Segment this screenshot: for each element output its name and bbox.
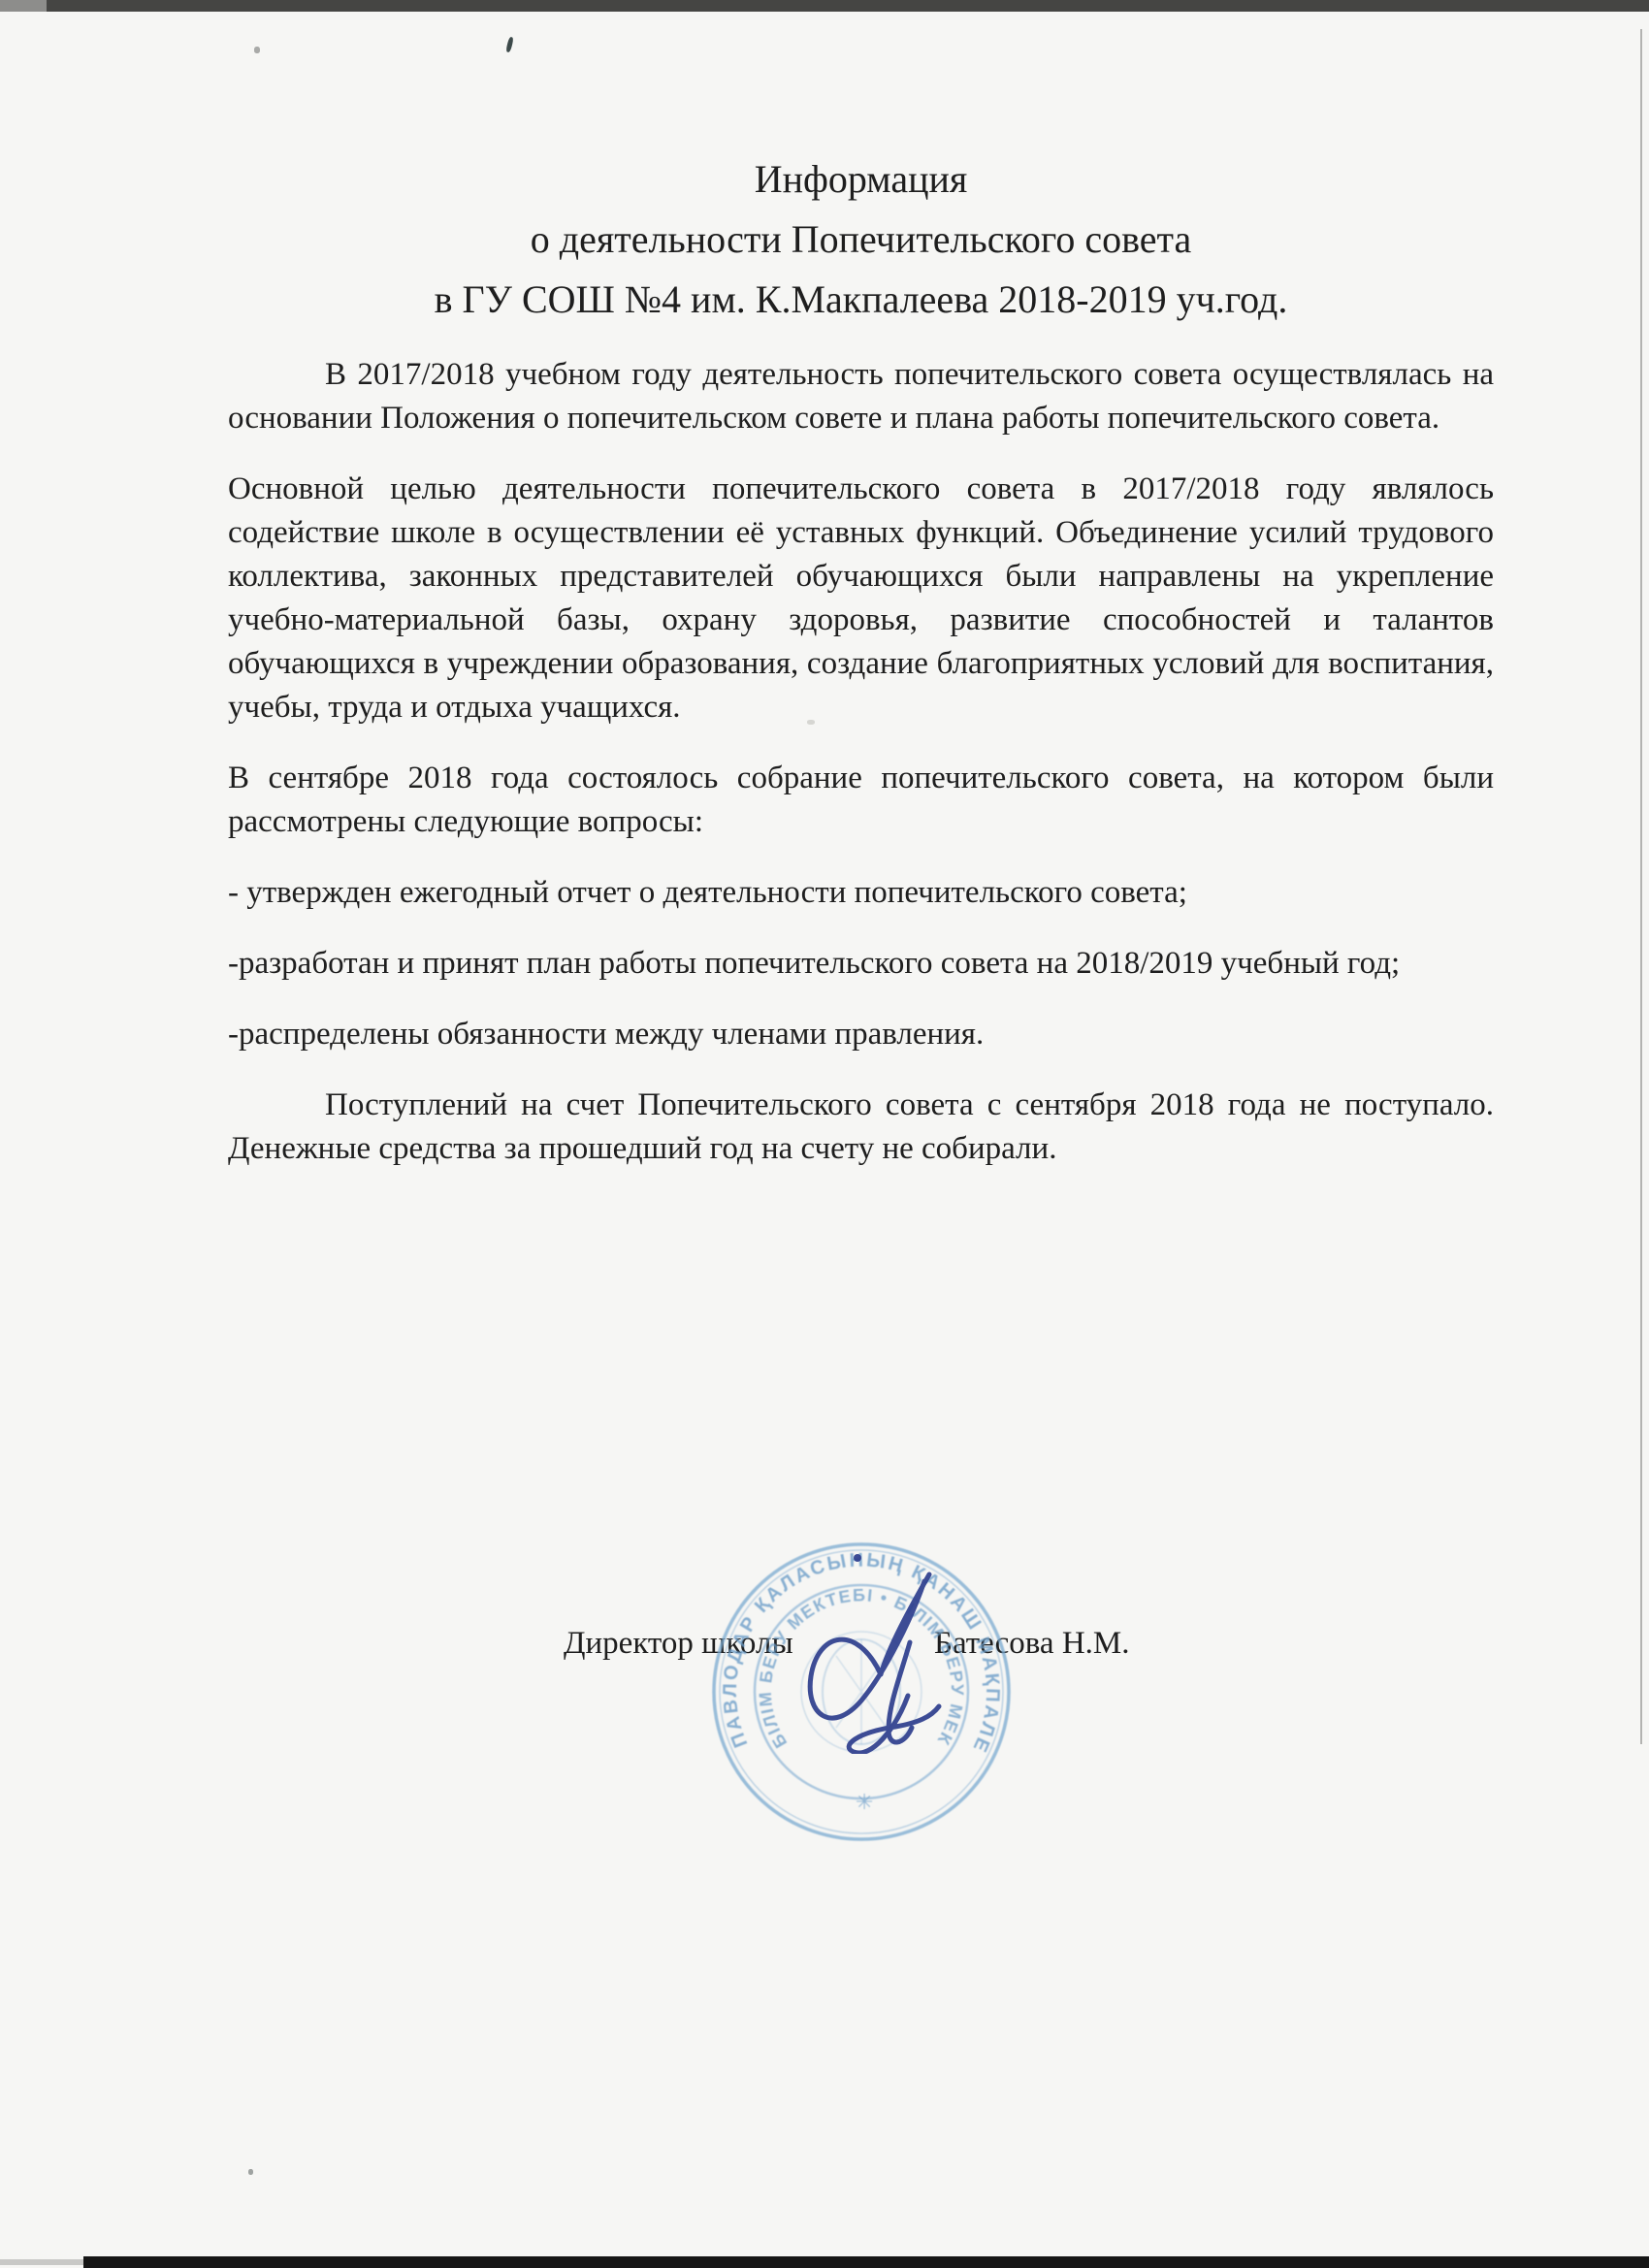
document-title-line-3: в ГУ СОШ №4 им. К.Макпалеева 2018-2019 у… [228,270,1494,330]
list-item-report: - утвержден ежегодный отчет о деятельнос… [228,871,1494,915]
scan-artifact-right-line [1640,29,1642,1744]
scan-artifact-top-bar-left [0,0,47,12]
document-title-line-2: о деятельности Попечительского совета [228,210,1494,270]
scan-artifact-top-bar [0,0,1649,12]
scan-artifact-bottom-bar [83,2256,1649,2268]
paragraph-meeting: В сентябре 2018 года состоялось собрание… [228,757,1494,844]
document-title-line-1: Информация [228,149,1494,210]
scan-speck [248,2169,253,2175]
scanned-document-page: Информация о деятельности Попечительског… [0,0,1649,2268]
scan-speck [254,47,260,53]
scan-speck [505,37,514,53]
paragraph-goal: Основной целью деятельности попечительск… [228,468,1494,729]
paragraph-funds: Поступлений на счет Попечительского сове… [228,1084,1494,1171]
signature-ink-icon [764,1550,968,1754]
document-body: Информация о деятельности Попечительског… [228,149,1494,1171]
list-item-plan: -разработан и принят план работы попечит… [228,942,1494,986]
ink-blot [854,1554,861,1562]
paragraph-intro: В 2017/2018 учебном году деятельность по… [228,353,1494,440]
stamp-bottom-star: ✳ [856,1790,873,1814]
list-item-duties: -распределены обязанности между членами … [228,1013,1494,1056]
scan-artifact-bottom-bar-left [0,2259,83,2265]
